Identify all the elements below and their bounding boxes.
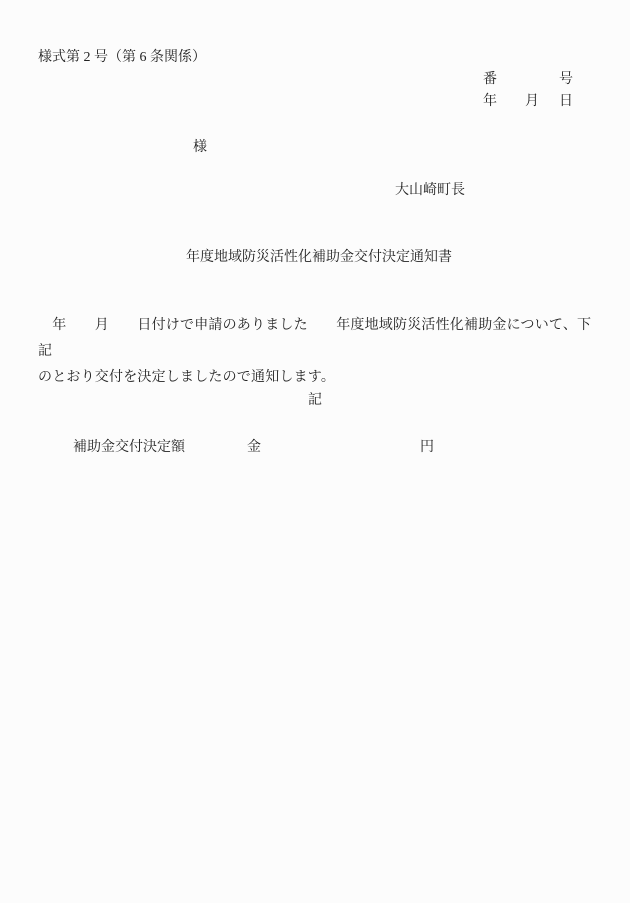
- doc-number-unit: 号: [559, 71, 573, 89]
- date-year-label: 年: [483, 93, 497, 111]
- date-day-label: 日: [559, 93, 573, 111]
- amount-currency-prefix: 金: [247, 439, 261, 457]
- doc-number-label: 番: [483, 71, 497, 89]
- body-line-1: 年 月 日付けで申請のありました 年度地域防災活性化補助金について、下記: [38, 313, 604, 365]
- sender-name: 大山崎町長: [395, 182, 465, 200]
- document-title: 年度地域防災活性化補助金交付決定通知書: [186, 249, 452, 267]
- amount-currency-suffix: 円: [420, 439, 434, 457]
- body-line-2: のとおり交付を決定しましたので通知します。: [38, 365, 604, 391]
- form-number: 様式第 2 号（第 6 条関係）: [38, 49, 206, 67]
- date-month-label: 月: [525, 93, 539, 111]
- amount-label: 補助金交付決定額: [73, 439, 185, 457]
- addressee-honorific: 様: [193, 139, 207, 157]
- section-marker: 記: [308, 392, 322, 410]
- document-page: 様式第 2 号（第 6 条関係） 番 号 年 月 日 様 大山崎町長 年度地域防…: [0, 0, 630, 903]
- body-paragraph: 年 月 日付けで申請のありました 年度地域防災活性化補助金について、下記 のとお…: [38, 313, 604, 391]
